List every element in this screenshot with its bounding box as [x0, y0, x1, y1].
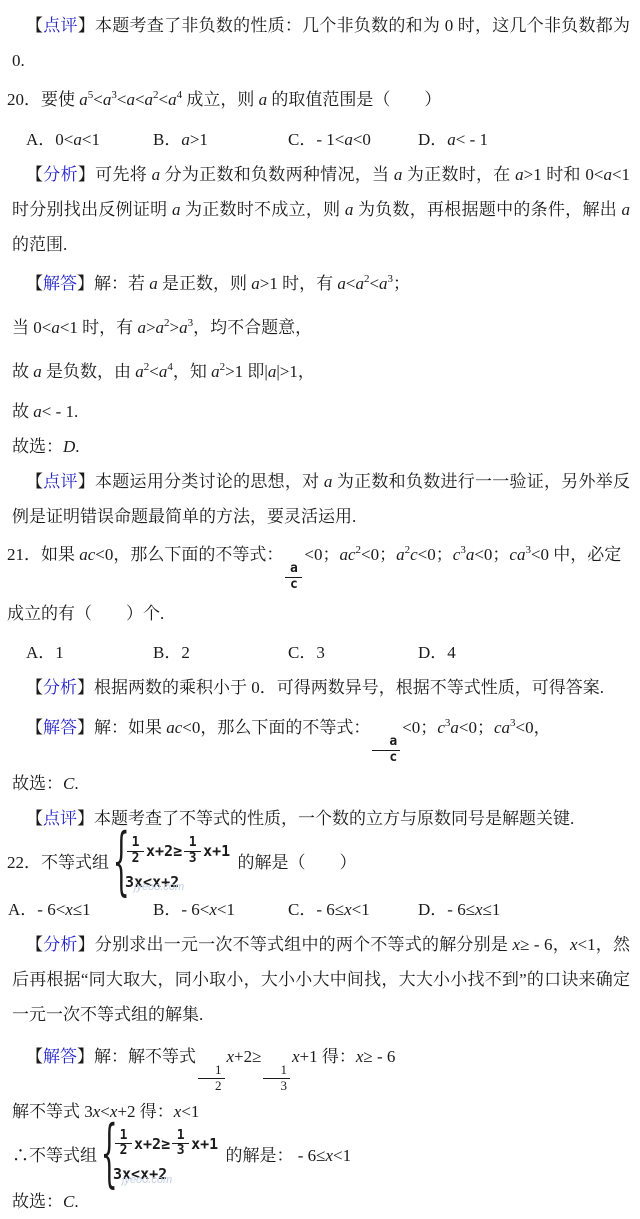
section-label: 点评: [43, 809, 77, 828]
text-run: x+1: [203, 841, 230, 861]
bracket-close: 】: [77, 274, 94, 293]
math-var: a: [145, 90, 154, 109]
fraction: 12: [198, 1063, 225, 1094]
section-label: 点评: [43, 472, 78, 491]
math-var: D: [63, 437, 75, 456]
text-run: <1: [82, 130, 100, 149]
fraction-numerator: 1: [172, 1129, 189, 1145]
system-row: 12x+2≥13x+1: [125, 836, 230, 867]
text-run: +1 得：: [300, 1047, 356, 1066]
bracket-open: 【: [26, 935, 43, 954]
option-item: A．- 6<x≤1: [8, 892, 91, 927]
math-var: x: [292, 1047, 300, 1066]
text-run: < - 1.: [42, 402, 79, 421]
text-run: 的范围.: [12, 235, 67, 254]
brace-icon: {: [113, 827, 125, 901]
fraction-numerator: 1: [198, 1063, 225, 1079]
math-var: a: [152, 165, 161, 184]
system-rows: 12x+2≥13x+13x<x+2: [125, 836, 230, 892]
bracket-close: 】: [77, 809, 94, 828]
math-var: a: [603, 165, 612, 184]
math-var: a: [156, 318, 165, 337]
text-run: 20．要使: [7, 90, 79, 109]
text-run: - 6≤: [447, 900, 475, 919]
math-var: C: [63, 774, 74, 793]
option-item: C．- 6≤x<1: [288, 892, 370, 927]
bracket-open: 【: [26, 274, 43, 293]
q21-question: 21．如果 ac<0，那么下面的不等式：ac<0；ac2<0；a2c<0；c3a…: [7, 534, 630, 635]
option-key: C．: [288, 130, 316, 149]
text-run: 的解是： - 6≤: [221, 1145, 325, 1164]
text-run: <: [369, 274, 379, 293]
option-item: C．3: [288, 635, 325, 670]
text-run: >1 即|: [225, 362, 268, 381]
text-run: 本题考查了非负数的性质：几个非负数的和为 0 时，这几个非负数都为 0.: [12, 16, 630, 70]
math-var: ca: [509, 545, 525, 564]
text-run: ，知: [173, 362, 211, 381]
math-var: c: [410, 545, 418, 564]
math-var: a: [211, 362, 220, 381]
text-run: ，均不合题意，: [193, 318, 312, 337]
text-run: <1: [181, 1102, 199, 1121]
bracket-open: 【: [26, 809, 43, 828]
option-key: B．: [153, 643, 181, 662]
q22-answer-1: 【解答】解：解不等式12x+2≥13x+1 得：x≥ - 6: [12, 1032, 630, 1094]
math-var: a: [515, 165, 524, 184]
q20-answer-1: 【解答】解：若 a 是正数，则 a>1 时，有 a<a2<a3；: [12, 262, 630, 306]
fraction-denominator: 2: [129, 852, 143, 867]
text-run: 可先将: [95, 165, 151, 184]
fraction-denominator: 3: [174, 1144, 188, 1159]
text-run: - 1<: [316, 130, 344, 149]
text-run: - 6≤: [316, 900, 344, 919]
option-key: B．: [153, 900, 181, 919]
equation-system: {12x+2≥13x+13x<x+2jyeoo.com: [112, 836, 230, 892]
text-run: x+1: [191, 1134, 218, 1154]
bracket-open: 【: [26, 472, 43, 491]
bracket-close: 】: [77, 678, 94, 697]
text-run: 的取值范围是（ ）: [267, 90, 441, 109]
fraction-numerator: 1: [184, 836, 201, 852]
math-var: a: [135, 362, 144, 381]
q20-answer-3: 故 a 是负数，由 a2<a4，知 a2>1 即|a|>1，: [12, 350, 630, 394]
math-var: a: [126, 90, 135, 109]
text-run: <: [93, 90, 103, 109]
option-item: D．- 6≤x≤1: [418, 892, 500, 927]
q21-analysis: 【分析】根据两数的乘积小于 0．可得两数异号，根据不等式性质，可得答案.: [12, 670, 630, 705]
math-var: C: [63, 1192, 74, 1211]
fraction: ac: [285, 562, 302, 593]
option-key: A．: [26, 643, 55, 662]
q22-answer-3: ∴不等式组{12x+2≥13x+13x<x+2jyeoo.com 的解是： - …: [12, 1129, 630, 1185]
option-item: B．- 6<x<1: [153, 892, 235, 927]
q21-options: A．1B．2C．3D．4: [12, 635, 630, 670]
system-rows: 12x+2≥13x+13x<x+2: [113, 1129, 218, 1185]
fraction-denominator: 2: [117, 1144, 131, 1159]
text-run: +2 得：: [117, 1102, 173, 1121]
section-label: 分析: [43, 678, 77, 697]
text-run: 22．不等式组: [7, 853, 109, 872]
math-var: ac: [166, 718, 182, 737]
system-row: 3x<x+2: [125, 872, 230, 892]
text-run: - 6<: [181, 900, 209, 919]
math-var: a: [181, 130, 190, 149]
bracket-close: 】: [78, 165, 95, 184]
text-run: 是正数，则: [158, 274, 252, 293]
bracket-close: 】: [77, 1047, 94, 1066]
fraction-denominator: 3: [263, 1079, 290, 1094]
text-run: <1 时，有: [60, 318, 138, 337]
math-var: a: [179, 318, 188, 337]
math-var: a: [379, 274, 388, 293]
text-run: 本题运用分类讨论的思想，对: [95, 472, 324, 491]
text-run: <: [135, 90, 145, 109]
option-item: B．a>1: [153, 122, 208, 157]
option-key: A．: [26, 130, 55, 149]
text-run: <0，那么下面的不等式：: [95, 545, 283, 564]
math-var: ca: [494, 718, 510, 737]
text-run: ≥ - 6，: [520, 935, 570, 954]
section-label: 分析: [43, 165, 78, 184]
system-row: 3x<x+2: [113, 1164, 218, 1184]
equation-system: {12x+2≥13x+13x<x+2jyeoo.com: [100, 1129, 218, 1185]
math-var: a: [251, 274, 260, 293]
fraction-numerator: 1: [263, 1063, 290, 1079]
text-run: 为正数时不成立，则: [180, 200, 344, 219]
text-run: 1: [55, 643, 64, 662]
q22-question: 22．不等式组{12x+2≥13x+13x<x+2jyeoo.com 的解是（ …: [7, 836, 630, 892]
text-run: <1: [352, 900, 370, 919]
text-run: ≥ - 6: [363, 1047, 395, 1066]
option-item: D．4: [418, 635, 456, 670]
fraction-denominator: c: [287, 578, 301, 593]
bracket-close: 】: [78, 472, 95, 491]
text-run: <: [346, 274, 356, 293]
q21-comment: 【点评】本题考查了不等式的性质，一个数的立方与原数同号是解题关键.: [12, 801, 630, 836]
q20-analysis: 【分析】可先将 a 分为正数和负数两种情况，当 a 为正数时，在 a>1 时和 …: [12, 157, 630, 262]
math-var: ac: [79, 545, 95, 564]
text-run: 4: [447, 643, 456, 662]
text-run: 0<: [55, 130, 73, 149]
text-run: <: [117, 90, 127, 109]
text-run: 本题考查了不等式的性质，一个数的立方与原数同号是解题关键.: [94, 809, 574, 828]
math-var: a: [622, 200, 631, 219]
math-var: x: [344, 900, 352, 919]
math-var: a: [447, 130, 456, 149]
q19-comment: 【点评】本题考查了非负数的性质：几个非负数的和为 0 时，这几个非负数都为 0.: [12, 8, 630, 78]
text-run: <0；: [474, 545, 509, 564]
option-key: C．: [288, 900, 316, 919]
text-run: 3x<x+2: [125, 872, 179, 892]
math-var: x: [227, 1047, 235, 1066]
text-run: >1: [190, 130, 208, 149]
q22-analysis: 【分析】分别求出一元一次不等式组中的两个不等式的解分别是 x≥ - 6，x<1，…: [12, 927, 630, 1032]
fraction: 13: [184, 836, 201, 867]
text-run: 为负数，再根据题中的条件，解出: [353, 200, 621, 219]
math-var: x: [475, 900, 483, 919]
math-var: a: [168, 90, 177, 109]
math-var: a: [344, 130, 353, 149]
text-run: ≤1: [483, 900, 501, 919]
text-run: >: [146, 318, 156, 337]
section-label: 点评: [43, 16, 78, 35]
option-key: D．: [418, 900, 447, 919]
math-var: x: [209, 900, 217, 919]
bracket-open: 【: [26, 1047, 43, 1066]
text-run: <0；: [304, 545, 339, 564]
text-run: <0；: [402, 718, 437, 737]
math-var: a: [450, 718, 459, 737]
text-run: >1 时，有: [260, 274, 338, 293]
text-run: <0；: [418, 545, 453, 564]
fraction-numerator: a: [372, 735, 400, 751]
text-run: 故选：: [12, 437, 63, 456]
q20-answer-2: 当 0<a<1 时，有 a>a2>a3，均不合题意，: [12, 306, 630, 350]
math-var: a: [33, 402, 42, 421]
text-run: 故: [12, 362, 33, 381]
text-run: <: [159, 90, 169, 109]
document-page: 【点评】本题考查了非负数的性质：几个非负数的和为 0 时，这几个非负数都为 0.…: [0, 0, 640, 1219]
text-run: 故: [12, 402, 33, 421]
text-run: 3x<x+2: [113, 1164, 167, 1184]
fraction-numerator: a: [285, 562, 302, 578]
option-key: A．: [8, 900, 37, 919]
text-run: .: [75, 437, 79, 456]
text-run: <0；: [459, 718, 494, 737]
text-run: 成立，则: [182, 90, 259, 109]
bracket-close: 】: [78, 16, 95, 35]
math-var: a: [73, 130, 82, 149]
math-var: a: [137, 318, 146, 337]
q20-answer-4: 故 a< - 1.: [12, 394, 630, 429]
text-run: 分为正数和负数两种情况，当: [160, 165, 394, 184]
section-label: 解答: [43, 274, 77, 293]
system-row: 12x+2≥13x+1: [113, 1129, 218, 1160]
math-var: a: [259, 90, 268, 109]
text-run: 解：若: [94, 274, 149, 293]
text-run: <0，: [516, 718, 551, 737]
fraction-denominator: c: [372, 751, 400, 766]
text-run: 分别求出一元一次不等式组中的两个不等式的解分别是: [95, 935, 513, 954]
brace-icon: {: [101, 1120, 113, 1194]
q20-comment: 【点评】本题运用分类讨论的思想，对 a 为正数和负数进行一一验证，另外举反例是证…: [12, 464, 630, 534]
bracket-open: 【: [26, 165, 43, 184]
option-item: A．0<a<1: [26, 122, 100, 157]
text-run: <1: [333, 1145, 351, 1164]
text-run: >1 时和 0<: [524, 165, 604, 184]
math-var: ac: [339, 545, 355, 564]
q20-options: A．0<a<1B．a>1C．- 1<a<0D．a< - 1: [12, 122, 630, 157]
option-item: D．a< - 1: [418, 122, 488, 157]
math-var: a: [149, 274, 158, 293]
text-run: <0；: [361, 545, 396, 564]
math-var: a: [51, 318, 60, 337]
text-run: 2: [181, 643, 190, 662]
text-run: x+2≥: [146, 841, 182, 861]
text-run: 根据两数的乘积小于 0．可得两数异号，根据不等式性质，可得答案.: [94, 678, 604, 697]
section-label: 分析: [43, 935, 77, 954]
text-run: .: [74, 774, 78, 793]
text-run: 为正数时，在: [402, 165, 515, 184]
math-var: x: [65, 900, 73, 919]
fraction: ac: [372, 735, 400, 766]
text-run: ∴不等式组: [12, 1145, 97, 1164]
bracket-open: 【: [26, 678, 43, 697]
option-key: B．: [153, 130, 181, 149]
math-var: a: [396, 545, 405, 564]
option-key: C．: [288, 643, 316, 662]
text-run: 21．如果: [7, 545, 79, 564]
fraction-denominator: 3: [186, 852, 200, 867]
math-var: a: [355, 274, 364, 293]
text-run: <: [149, 362, 159, 381]
fraction-denominator: 2: [198, 1079, 225, 1094]
text-run: ≤1: [73, 900, 91, 919]
option-key: D．: [418, 130, 447, 149]
q21-conclusion: 故选：C.: [12, 766, 630, 801]
text-run: |>1，: [276, 362, 315, 381]
text-run: 故选：: [12, 1192, 63, 1211]
fraction: 13: [263, 1063, 290, 1094]
text-run: 解：如果: [94, 718, 166, 737]
text-run: <1: [217, 900, 235, 919]
text-run: x+2≥: [134, 1134, 170, 1154]
text-run: 解：解不等式: [94, 1047, 196, 1066]
text-run: - 6<: [37, 900, 65, 919]
bracket-open: 【: [26, 718, 43, 737]
option-item: A．1: [26, 635, 64, 670]
text-run: 3: [316, 643, 325, 662]
bracket-open: 【: [26, 16, 43, 35]
math-var: a: [79, 90, 88, 109]
q22-options: A．- 6<x≤1B．- 6<x<1C．- 6≤x<1D．- 6≤x≤1: [12, 892, 630, 927]
text-run: 解不等式 3: [12, 1102, 93, 1121]
text-run: 当 0<: [12, 318, 51, 337]
math-var: c: [437, 718, 445, 737]
section-label: 解答: [43, 1047, 77, 1066]
text-run: <0: [353, 130, 371, 149]
q20-conclusion: 故选：D.: [12, 429, 630, 464]
option-item: C．- 1<a<0: [288, 122, 371, 157]
math-var: x: [513, 935, 521, 954]
q20-question: 20．要使 a5<a3<a<a2<a4 成立，则 a 的取值范围是（ ）: [7, 78, 630, 122]
text-run: >: [170, 318, 180, 337]
math-var: a: [337, 274, 346, 293]
text-run: < - 1: [456, 130, 488, 149]
option-key: D．: [418, 643, 447, 662]
section-label: 解答: [43, 718, 77, 737]
text-run: 故选：: [12, 774, 63, 793]
text-run: 的解是（ ）: [233, 853, 356, 872]
q21-answer: 【解答】解：如果 ac<0，那么下面的不等式：ac<0；c3a<0；ca3<0，: [12, 705, 630, 766]
text-run: .: [74, 1192, 78, 1211]
text-run: <0，那么下面的不等式：: [182, 718, 370, 737]
math-var: a: [33, 362, 42, 381]
option-item: B．2: [153, 635, 190, 670]
text-run: +2≥: [234, 1047, 261, 1066]
bracket-close: 】: [78, 935, 95, 954]
math-var: x: [325, 1145, 333, 1164]
bracket-close: 】: [77, 718, 94, 737]
fraction: 13: [172, 1129, 189, 1160]
text-run: ；: [393, 274, 410, 293]
text-run: 是负数，由: [42, 362, 136, 381]
